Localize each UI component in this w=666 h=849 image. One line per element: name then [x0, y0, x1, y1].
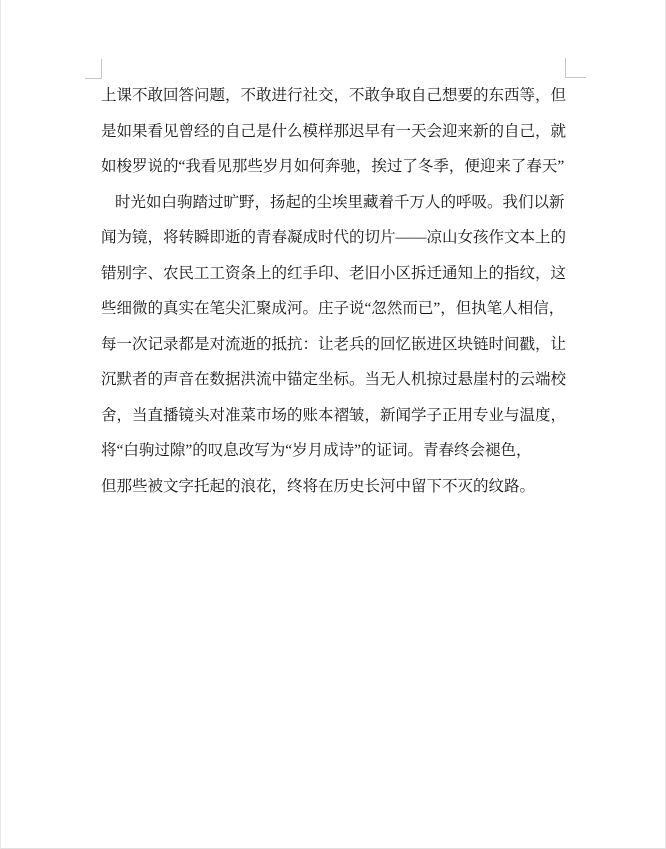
- text-line[interactable]: 是如果看见曾经的自己是什么模样那迟早有一天会迎来新的自己，就: [101, 114, 567, 150]
- text-line[interactable]: 闻为镜，将转瞬即逝的青春凝成时代的切片——凉山女孩作文本上的: [101, 220, 567, 256]
- margin-crop-mark-top-left: [85, 59, 102, 79]
- text-line[interactable]: 但那些被文字托起的浪花，终将在历史长河中留下不灭的纹路。: [101, 469, 567, 505]
- text-line[interactable]: 将“白驹过隙”的叹息改写为“岁月成诗”的证词。青春终会褪色，: [101, 433, 567, 469]
- text-line[interactable]: 如梭罗说的“我看见那些岁月如何奔驰，挨过了冬季，便迎来了春天”: [101, 149, 567, 185]
- margin-crop-mark-top-right: [565, 58, 586, 78]
- document-page: 上课不敢回答问题，不敢进行社交，不敢争取自己想要的东西等，但 是如果看见曾经的自…: [0, 0, 666, 849]
- text-line[interactable]: 上课不敢回答问题，不敢进行社交，不敢争取自己想要的东西等，但: [101, 78, 567, 114]
- document-text-area[interactable]: 上课不敢回答问题，不敢进行社交，不敢争取自己想要的东西等，但 是如果看见曾经的自…: [101, 78, 567, 504]
- text-line[interactable]: 错别字、农民工工资条上的红手印、老旧小区拆迁通知上的指纹，这: [101, 256, 567, 292]
- text-line[interactable]: 些细微的真实在笔尖汇聚成河。庄子说“忽然而已”，但执笔人相信，: [101, 291, 567, 327]
- text-line[interactable]: 沉默者的声音在数据洪流中锚定坐标。当无人机掠过悬崖村的云端校: [101, 362, 567, 398]
- text-line[interactable]: 舍，当直播镜头对准菜市场的账本褶皱，新闻学子正用专业与温度，: [101, 398, 567, 434]
- text-line[interactable]: 时光如白驹踏过旷野，扬起的尘埃里藏着千万人的呼吸。我们以新: [101, 185, 567, 221]
- text-line[interactable]: 每一次记录都是对流逝的抵抗：让老兵的回忆嵌进区块链时间戳，让: [101, 327, 567, 363]
